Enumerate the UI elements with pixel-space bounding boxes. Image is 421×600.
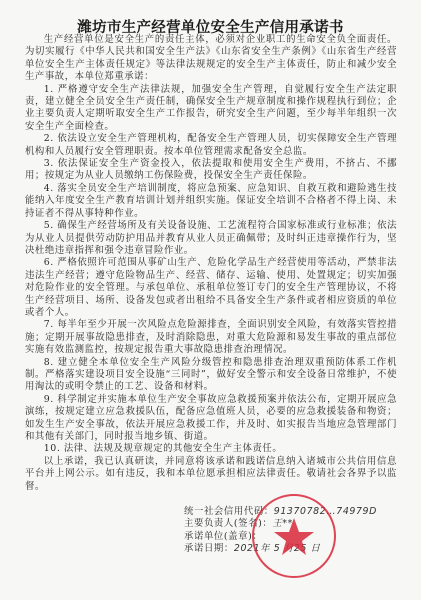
document-page: 潍坊市生产经营单位安全生产信用承诺书 生产经营单位是安全生产的责任主体，必须对企…	[0, 0, 421, 600]
document-body: 生产经营单位是安全生产的责任主体，必须对企业职工的生命安全负全面责任。为切实履行…	[25, 34, 397, 493]
commitment-item-3: 3. 依法保证安全生产资金投入，依法提取和使用安全生产费用，不挤占、不挪用；按规…	[25, 158, 397, 183]
closing-paragraph: 以上承诺，我已认真研读，并同意将该承诺和践诺信息纳入诸城市公共信用信息平台并上网…	[25, 456, 397, 493]
unit-label: 承诺单位(盖章)：	[184, 531, 262, 542]
commitment-item-7: 7. 每半年至少开展一次风险点危险源排查，全面识别安全风险，有效落实管控措施；定…	[25, 319, 397, 356]
commitment-item-6: 6. 严格依照许可范围从事矿山生产、危险化学品生产经营使用等活动，严禁非法违法生…	[25, 257, 397, 319]
commitment-item-10: 10. 法律、法规及规章规定的其他安全生产主体责任。	[25, 443, 397, 455]
star-icon	[254, 496, 334, 576]
commitment-item-9: 9. 科学制定并实施本单位生产安全事故应急救援预案并依法公布，定期开展应急演练，…	[25, 394, 397, 444]
commitment-item-4: 4. 落实全员安全生产培训制度，将应急预案、应急知识、自救互救和避险逃生技能纳入…	[25, 183, 397, 220]
company-seal	[252, 494, 336, 578]
date-label: 承诺日期：	[184, 543, 234, 554]
commitment-item-8: 8. 建立健全本单位安全生产风险分级管控和隐患排查治理双重预防体系工作机制。严格…	[25, 357, 397, 394]
commitment-item-5: 5. 确保生产经营场所及有关设备设施、工艺流程符合国家标准或行业标准；依法为从业…	[25, 220, 397, 257]
intro-paragraph: 生产经营单位是安全生产的责任主体，必须对企业职工的生命安全负全面责任。为切实履行…	[25, 34, 397, 84]
commitment-item-2: 2. 依法设立安全生产管理机构，配备安全生产管理人员，切实保障安全生产管理机构和…	[25, 133, 397, 158]
commitment-item-1: 1. 严格遵守安全生产法律法规，加强安全生产管理，自觉履行安全生产法定职责，建立…	[25, 84, 397, 134]
